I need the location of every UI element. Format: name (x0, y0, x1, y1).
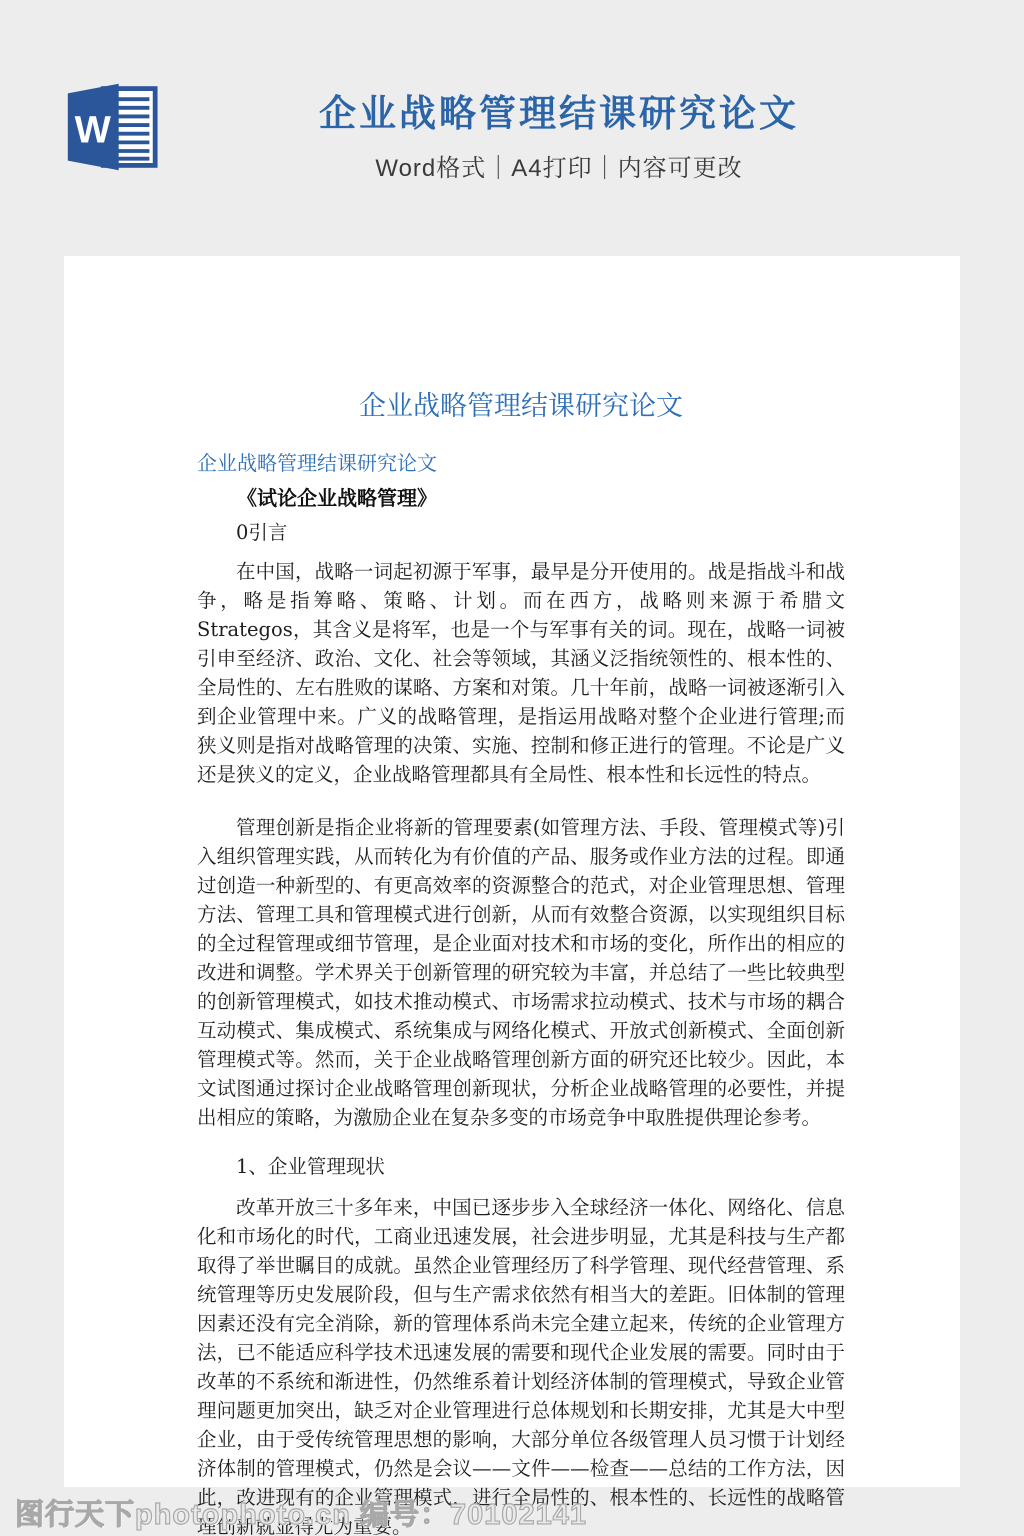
section-heading-1: 1、企业管理现状 (197, 1156, 845, 1178)
paragraph-intro-2: 管理创新是指企业将新的管理要素(如管理方法、手段、管理模式等)引入组织管理实践，… (197, 813, 845, 1132)
essay-title: 《试论企业战略管理》 (197, 487, 845, 509)
paragraph-intro-1: 在中国，战略一词起初源于军事，最早是分开使用的。战是指战斗和战争，略是指筹略、策… (197, 557, 845, 789)
document-title: 企业战略管理结课研究论文 (197, 393, 845, 420)
paragraph-section1-1: 改革开放三十多年来，中国已逐步步入全球经济一体化、网络化、信息化和市场化的时代，… (197, 1193, 845, 1536)
watermark-footer: 图行天下photophoto.cn 编号：70102141 (0, 1488, 1024, 1536)
header-text-block: 企业战略管理结课研究论文 Word格式｜A4打印｜内容可更改 (94, 92, 1024, 183)
watermark-text: 图行天下photophoto.cn 编号：70102141 (15, 1492, 587, 1533)
document-page: 企业战略管理结课研究论文 企业战略管理结课研究论文 《试论企业战略管理》 0引言… (64, 256, 960, 1487)
document-link-heading[interactable]: 企业战略管理结课研究论文 (197, 452, 845, 474)
section-heading-intro: 0引言 (197, 522, 845, 544)
page-subtitle: Word格式｜A4打印｜内容可更改 (94, 148, 1024, 183)
page-title: 企业战略管理结课研究论文 (94, 92, 1024, 136)
header: W 企业战略管理结课研究论文 Word格式｜A4打印｜内容可更改 (0, 0, 1024, 230)
